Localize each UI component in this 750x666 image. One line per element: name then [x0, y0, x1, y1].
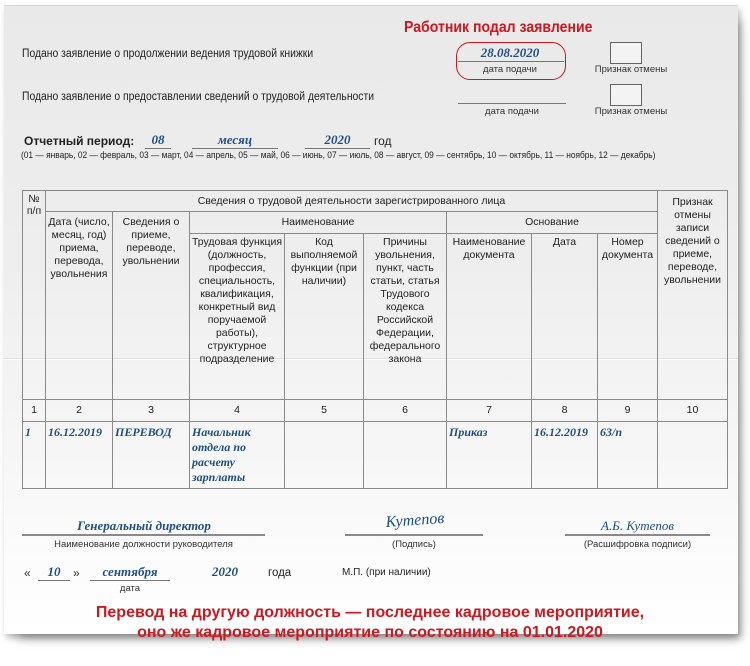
column-number: 8	[532, 400, 598, 422]
application-continue-label: Подано заявление о продолжении ведения т…	[22, 48, 313, 60]
signature-underline	[345, 534, 483, 536]
column-number: 7	[447, 400, 532, 422]
period-month-legend: (01 — январь, 02 — февраль, 03 — март, 0…	[21, 150, 655, 161]
sign-year[interactable]: 2020	[212, 564, 238, 580]
header-employment-info: Сведения о трудовой деятельности зарегис…	[46, 191, 658, 212]
cell-doc-name[interactable]: Приказ	[447, 422, 532, 489]
cancel-caption-2: Признак отмены	[590, 106, 672, 117]
header-date: Дата (число, месяц, год) приема, перевод…	[46, 212, 113, 400]
cancel-checkbox-1[interactable]	[610, 42, 642, 64]
header-basis-group: Основание	[447, 212, 658, 234]
column-number: 3	[113, 400, 190, 422]
stamp-place: М.П. (при наличии)	[342, 567, 431, 578]
cancel-caption-1: Признак отмены	[590, 64, 672, 75]
application-info-date-caption: дата подачи	[460, 106, 564, 117]
date-close-quote: »	[73, 566, 80, 580]
sign-date-caption: дата	[90, 583, 170, 594]
header-doc-name: Наименование документа	[447, 234, 532, 400]
decoding-underline	[565, 534, 710, 536]
period-year-suffix: год	[374, 134, 392, 148]
application-continue-date[interactable]: 28.08.2020	[460, 45, 560, 61]
header-name-group: Наименование	[190, 212, 447, 234]
date-underline	[458, 61, 564, 62]
sign-month[interactable]: сентября	[90, 564, 170, 581]
column-number: 4	[190, 400, 285, 422]
cell-info[interactable]: ПЕРЕВОД	[113, 422, 190, 489]
annotation-employee-applied: Работник подал заявление	[404, 19, 592, 37]
period-year[interactable]: 2020	[305, 132, 370, 149]
header-cancel-flag: Признак отмены записи сведений о приеме,…	[658, 191, 728, 400]
application-continue-date-caption: дата подачи	[460, 64, 560, 75]
cancel-checkbox-2[interactable]	[610, 84, 642, 106]
header-function: Трудовая функция (должность, профессия, …	[190, 234, 285, 400]
date-open-quote: «	[24, 566, 31, 580]
period-month-code[interactable]: 08	[145, 132, 171, 149]
signature-decoding-caption: (Расшифровка подписи)	[565, 539, 710, 550]
header-info: Сведения о приеме, переводе, увольнении	[113, 212, 190, 400]
column-numbers-row: 1 2 3 4 5 6 7 8 9 10	[23, 400, 728, 422]
cell-no[interactable]: 1	[23, 422, 46, 489]
column-number: 10	[658, 400, 728, 422]
manager-position-value[interactable]: Генеральный директор	[24, 518, 264, 534]
cell-code[interactable]	[285, 422, 364, 489]
column-number: 5	[285, 400, 364, 422]
header-doc-number: Номер документа	[598, 234, 658, 400]
annotation-line-2: оно же кадровое мероприятие по состоянию…	[60, 623, 680, 643]
column-number: 2	[46, 400, 113, 422]
column-number: 9	[598, 400, 658, 422]
table-row: 1 16.12.2019 ПЕРЕВОД Начальник отдела по…	[23, 422, 728, 489]
annotation-transfer-note: Перевод на другую должность — последнее …	[60, 603, 680, 643]
annotation-line-1: Перевод на другую должность — последнее …	[60, 603, 680, 623]
position-underline	[22, 534, 265, 536]
header-doc-date: Дата	[532, 234, 598, 400]
period-month-word[interactable]: месяц	[192, 132, 278, 149]
header-row-number: № п/п	[23, 191, 46, 400]
employment-records-table: № п/п Сведения о трудовой деятельности з…	[22, 190, 728, 489]
cell-doc-number[interactable]: 63/п	[598, 422, 658, 489]
cell-cancel[interactable]	[658, 422, 728, 489]
column-number: 1	[23, 400, 46, 422]
period-label: Отчетный период:	[24, 134, 134, 148]
header-reason: Причины увольнения, пункт, часть статьи,…	[364, 234, 447, 400]
application-info-label: Подано заявление о предоставлении сведен…	[22, 91, 374, 103]
sign-day[interactable]: 10	[38, 564, 70, 581]
manager-position-caption: Наименование должности руководителя	[22, 539, 265, 550]
cell-function[interactable]: Начальник отдела по расчету зарплаты	[190, 422, 285, 489]
application-info-date-field[interactable]	[458, 103, 566, 104]
column-number: 6	[364, 400, 447, 422]
cell-doc-date[interactable]: 16.12.2019	[532, 422, 598, 489]
signature-decoding-value[interactable]: А.Б. Кутепов	[565, 518, 710, 534]
cell-reason[interactable]	[364, 422, 447, 489]
sign-year-suffix: года	[268, 567, 291, 579]
header-code: Код выполняемой функции (при наличии)	[285, 234, 364, 400]
cell-date[interactable]: 16.12.2019	[46, 422, 113, 489]
signature-caption: (Подпись)	[345, 539, 483, 550]
